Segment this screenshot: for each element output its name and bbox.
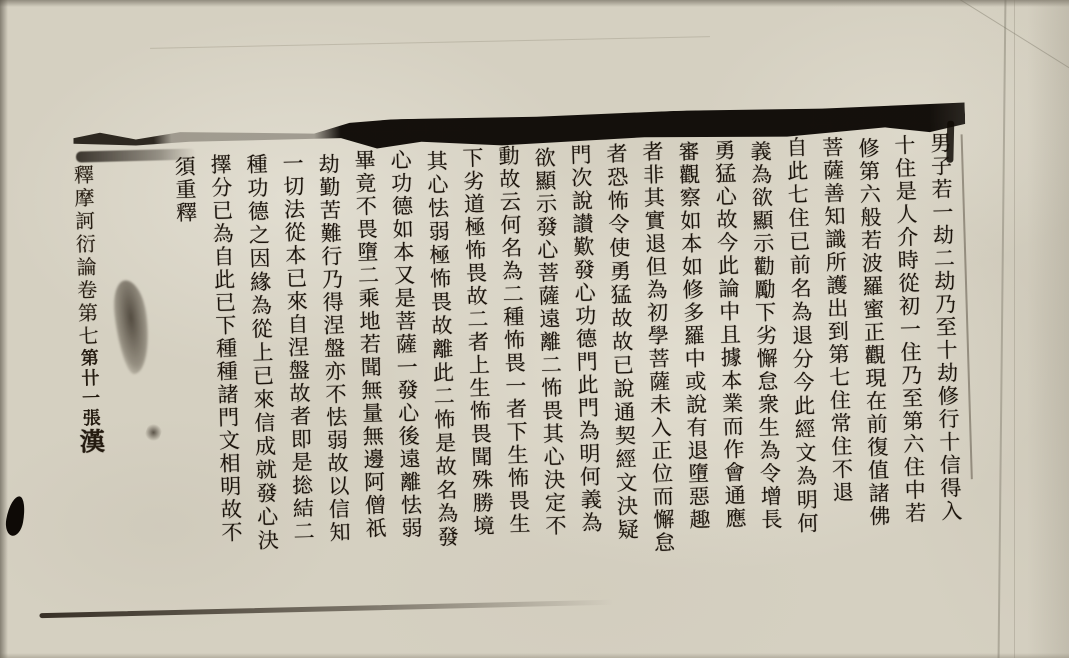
paper-crease-top — [150, 36, 710, 49]
printed-text-block: 男子若一劫二劫乃至十劫修行十信得入 十住是人介時從初一住乃至第六住中若 修第六般… — [35, 104, 975, 609]
text-columns: 男子若一劫二劫乃至十劫修行十信得入 十住是人介時從初一住乃至第六住中若 修第六般… — [166, 132, 971, 595]
case-mark: 漢 — [72, 428, 109, 454]
scanned-manuscript-page: { "doc": { "title_column": "釋摩訶衍論卷第七", "… — [0, 0, 1069, 658]
title-column: 釋摩訶衍論卷第七 第卄一張 漢 — [62, 164, 115, 605]
paper-crease-right — [998, 0, 1007, 658]
page-bottom-edge — [0, 653, 1069, 658]
page-top-edge — [0, 0, 1069, 7]
page-left-edge — [0, 0, 8, 658]
page-right-shading — [1027, 0, 1069, 658]
text-column-22: 須重釋 — [166, 155, 204, 225]
woodblock-bottom-border — [39, 600, 613, 619]
sheet-number: 第卄一張 — [71, 348, 107, 429]
paper-crease-right-2 — [1014, 0, 1015, 658]
volume-title: 釋摩訶衍論卷第七 — [63, 164, 106, 349]
